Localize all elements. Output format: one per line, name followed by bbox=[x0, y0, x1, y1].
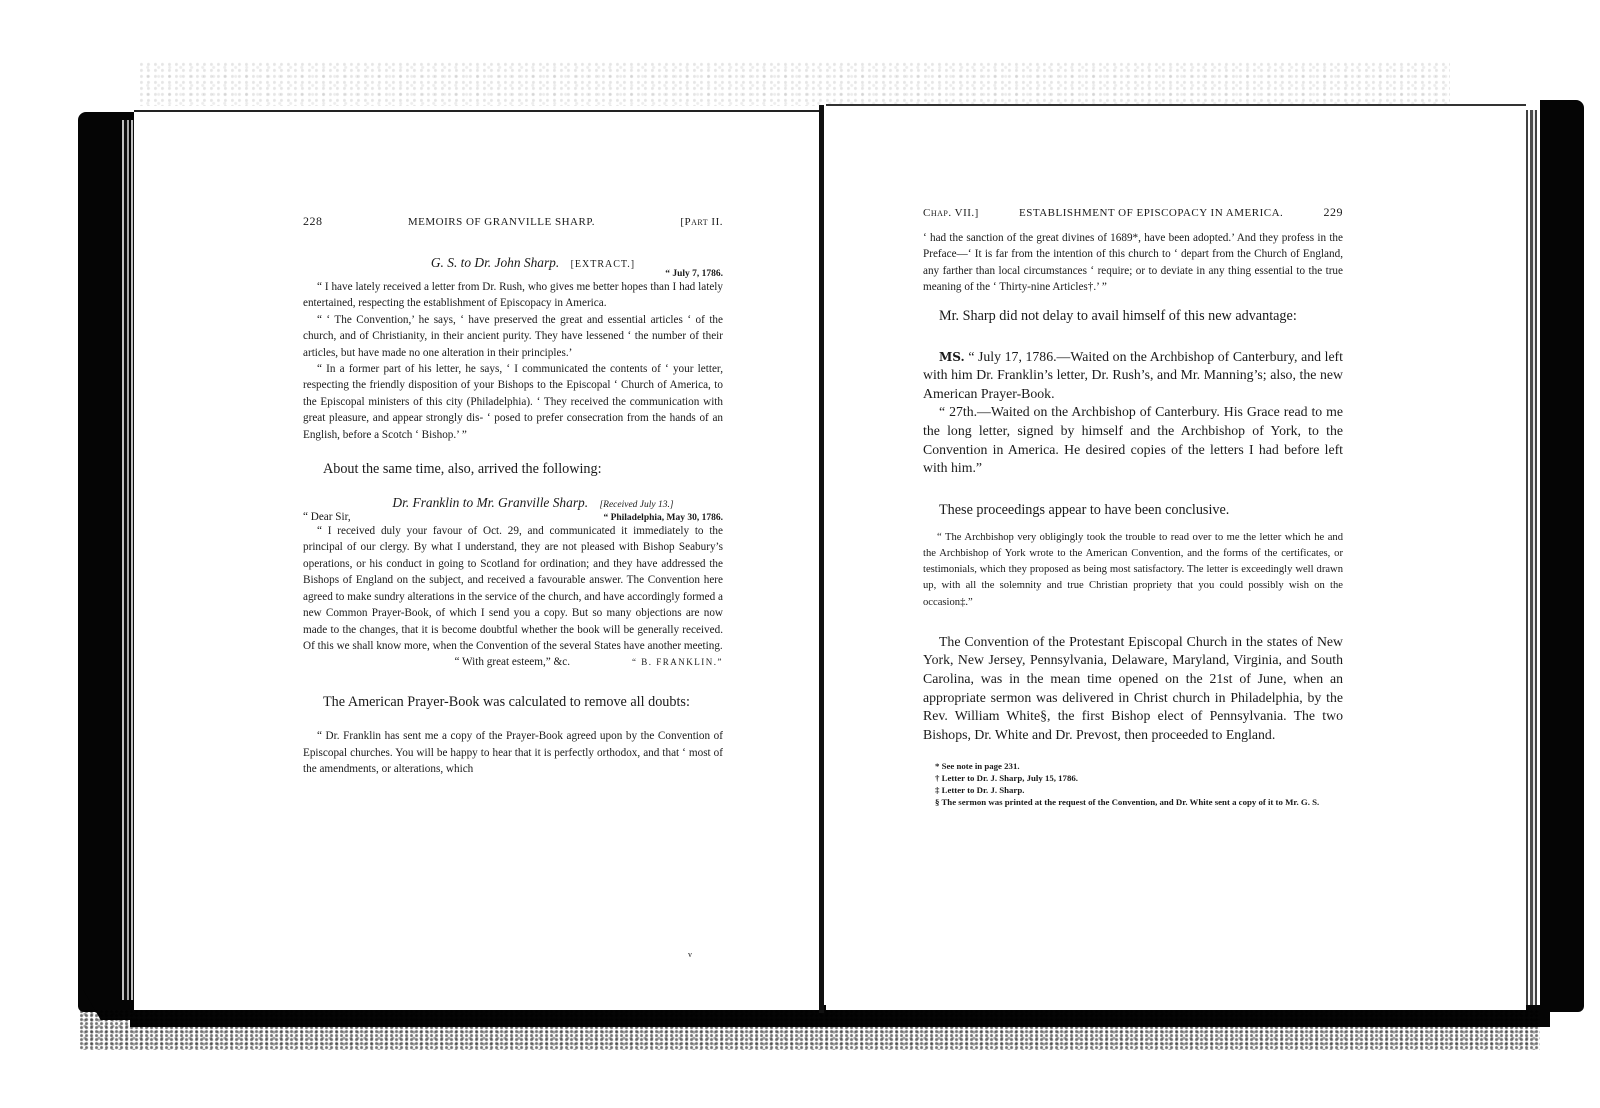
running-head-left: 228 MEMOIRS OF GRANVILLE SHARP. [Part II… bbox=[303, 214, 723, 229]
letter-title: G. S. to Dr. John Sharp. bbox=[431, 255, 559, 270]
running-title: ESTABLISHMENT OF EPISCOPACY IN AMERICA. bbox=[1019, 207, 1283, 219]
footnotes: * See note in page 231. † Letter to Dr. … bbox=[925, 760, 1343, 808]
footnote: § The sermon was printed at the request … bbox=[925, 796, 1343, 808]
letter-heading: Dr. Franklin to Mr. Granville Sharp. [Re… bbox=[343, 495, 723, 511]
paragraph: “ In a former part of his letter, he say… bbox=[303, 361, 723, 443]
scan-speckle-top bbox=[140, 62, 1450, 106]
running-title: MEMOIRS OF GRANVILLE SHARP. bbox=[408, 216, 595, 228]
salutation: “ Dear Sir, bbox=[303, 511, 351, 523]
paragraph: “ Dr. Franklin has sent me a copy of the… bbox=[303, 728, 723, 777]
page-number: 229 bbox=[1324, 205, 1344, 220]
stray-mark: v bbox=[688, 950, 692, 959]
salutation-row: “ Dear Sir, “ Philadelphia, May 30, 1786… bbox=[303, 511, 723, 523]
chapter-label: Chap. VII.] bbox=[923, 207, 979, 219]
paragraph: “ I received duly your favour of Oct. 29… bbox=[303, 523, 723, 654]
paragraph: The Convention of the Protestant Episcop… bbox=[923, 633, 1343, 745]
part-label: [Part II. bbox=[680, 216, 723, 228]
letter-title: Dr. Franklin to Mr. Granville Sharp. bbox=[392, 495, 588, 510]
footnote: † Letter to Dr. J. Sharp, July 15, 1786. bbox=[925, 772, 1343, 784]
signoff: “ With great esteem,” &c. “ B. FRANKLIN.… bbox=[303, 654, 723, 670]
scan-speckle-bottom bbox=[80, 1010, 1540, 1050]
manuscript-marker: MS. bbox=[939, 350, 965, 364]
diary-entry: “ 27th.—Waited on the Archbishop of Cant… bbox=[923, 403, 1343, 477]
letter-date: “ Philadelphia, May 30, 1786. bbox=[603, 513, 723, 523]
letter-tag: [EXTRACT.] bbox=[571, 259, 636, 270]
transition-text: These proceedings appear to have been co… bbox=[939, 500, 1343, 520]
closing: “ With great esteem,” &c. bbox=[454, 654, 570, 670]
right-page-text: Chap. VII.] ESTABLISHMENT OF EPISCOPACY … bbox=[923, 205, 1343, 808]
page-number: 228 bbox=[303, 214, 323, 229]
page-edges-left bbox=[120, 120, 134, 1000]
page-edges-right bbox=[1526, 110, 1538, 1005]
transition-text: About the same time, also, arrived the f… bbox=[323, 459, 723, 479]
transition-text: Mr. Sharp did not delay to avail himself… bbox=[939, 306, 1343, 326]
diary-text: “ July 17, 1786.—Waited on the Archbisho… bbox=[923, 349, 1343, 401]
signature: “ B. FRANKLIN.” bbox=[632, 654, 723, 670]
paragraph: “ I have lately received a letter from D… bbox=[303, 279, 723, 312]
footnote: * See note in page 231. bbox=[925, 760, 1343, 772]
paragraph: “ The Archbishop very obligingly took th… bbox=[923, 530, 1343, 611]
left-page-text: 228 MEMOIRS OF GRANVILLE SHARP. [Part II… bbox=[303, 214, 723, 778]
letter-tag: [Received July 13.] bbox=[599, 500, 673, 510]
paragraph: “ ‘ The Convention,’ he says, ‘ have pre… bbox=[303, 312, 723, 361]
running-head-right: Chap. VII.] ESTABLISHMENT OF EPISCOPACY … bbox=[923, 205, 1343, 220]
transition-text: The American Prayer-Book was calculated … bbox=[323, 692, 723, 712]
paragraph: ‘ had the sanction of the great divines … bbox=[923, 230, 1343, 296]
book-cover-right bbox=[1540, 100, 1584, 1012]
diary-entry: MS. “ July 17, 1786.—Waited on the Archb… bbox=[923, 348, 1343, 404]
book-gutter bbox=[819, 105, 824, 1013]
footnote: ‡ Letter to Dr. J. Sharp. bbox=[925, 784, 1343, 796]
